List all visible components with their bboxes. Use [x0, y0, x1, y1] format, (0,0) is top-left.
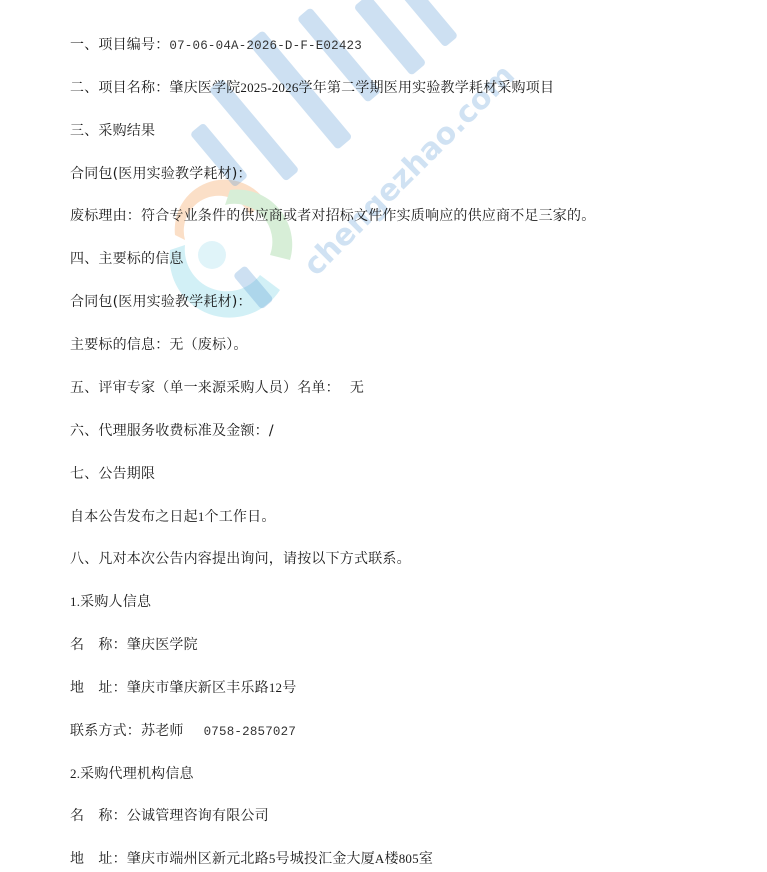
section-3-package: 合同包(医用实验教学耗材)：: [70, 165, 252, 183]
agency-address: 地 址：肇庆市端州区新元北路5号城投汇金大厦A楼805室: [70, 850, 433, 868]
project-name-value-a: 肇庆医学院: [169, 80, 240, 96]
agency-address-a: 肇庆市端州区新元北路: [127, 851, 269, 867]
purchaser-address-b: 号: [282, 680, 296, 696]
agency-name-value: 公诚管理咨询有限公司: [127, 808, 269, 824]
agency-name-label: 名 称：: [70, 808, 127, 824]
section-4-title: 四、主要标的信息: [70, 250, 184, 268]
agency-heading-text: 采购代理机构信息: [80, 766, 194, 782]
purchaser-heading-text: 采购人信息: [80, 594, 151, 610]
section-5-label: 五、评审专家（单一来源采购人员）名单：: [70, 380, 340, 396]
purchaser-name-label: 名 称：: [70, 637, 127, 653]
section-7-days: 1: [198, 509, 205, 524]
purchaser-name: 名 称：肇庆医学院: [70, 636, 198, 654]
agency-address-num1: 5: [269, 851, 276, 866]
agency-address-num2: A: [375, 851, 385, 866]
purchaser-heading-num: 1.: [70, 594, 80, 609]
section-6-value: /: [269, 423, 274, 439]
agency-address-d: 室: [419, 851, 433, 867]
purchaser-address: 地 址：肇庆市肇庆新区丰乐路12号: [70, 679, 296, 697]
section-6-label: 六、代理服务收费标准及金额：: [70, 423, 269, 439]
section-5-value: 无: [350, 380, 364, 396]
agency-heading-num: 2.: [70, 766, 80, 781]
section-4-package: 合同包(医用实验教学耗材)：: [70, 293, 252, 311]
project-number-value: 07-06-04A-2026-D-F-E02423: [169, 39, 362, 53]
section-7-title: 七、公告期限: [70, 465, 155, 483]
agency-address-num3: 805: [399, 851, 419, 866]
purchaser-contact-label: 联系方式：: [70, 723, 141, 739]
section-7-text: 自本公告发布之日起1个工作日。: [70, 508, 276, 526]
purchaser-heading: 1.采购人信息: [70, 593, 151, 611]
section-4-info: 主要标的信息：无（废标）。: [70, 336, 248, 354]
purchaser-address-num: 12: [269, 680, 282, 695]
section-3-reason: 废标理由：符合专业条件的供应商或者对招标文件作实质响应的供应商不足三家的。: [70, 207, 595, 225]
section-7-text-a: 自本公告发布之日起: [70, 509, 198, 525]
section-6-fee: 六、代理服务收费标准及金额：/: [70, 422, 274, 440]
section-7-text-b: 个工作日。: [205, 509, 276, 525]
project-number-label: 一、项目编号：: [70, 37, 169, 53]
purchaser-contact-phone: 0758-2857027: [204, 725, 296, 739]
project-name-line: 二、项目名称：肇庆医学院2025-2026学年第二学期医用实验教学耗材采购项目: [70, 79, 554, 97]
agency-address-b: 号城投汇金大厦: [276, 851, 375, 867]
purchaser-contact-person: 苏老师: [141, 723, 184, 739]
agency-address-c: 楼: [385, 851, 399, 867]
section-8-title: 八、凡对本次公告内容提出询问，请按以下方式联系。: [70, 550, 411, 568]
agency-name: 名 称：公诚管理咨询有限公司: [70, 807, 269, 825]
section-5-experts: 五、评审专家（单一来源采购人员）名单：无: [70, 379, 364, 397]
project-number-line: 一、项目编号：07-06-04A-2026-D-F-E02423: [70, 36, 362, 55]
purchaser-name-value: 肇庆医学院: [127, 637, 198, 653]
purchaser-address-label: 地 址：: [70, 680, 127, 696]
project-name-value-b: 学年第二学期医用实验教学耗材采购项目: [299, 80, 555, 96]
section-3-title: 三、采购结果: [70, 122, 155, 140]
agency-heading: 2.采购代理机构信息: [70, 765, 194, 783]
purchaser-contact: 联系方式：苏老师0758-2857027: [70, 722, 296, 741]
agency-address-label: 地 址：: [70, 851, 127, 867]
project-name-label: 二、项目名称：: [70, 80, 169, 96]
purchaser-address-a: 肇庆市肇庆新区丰乐路: [127, 680, 269, 696]
project-name-year: 2025-2026: [240, 80, 298, 95]
